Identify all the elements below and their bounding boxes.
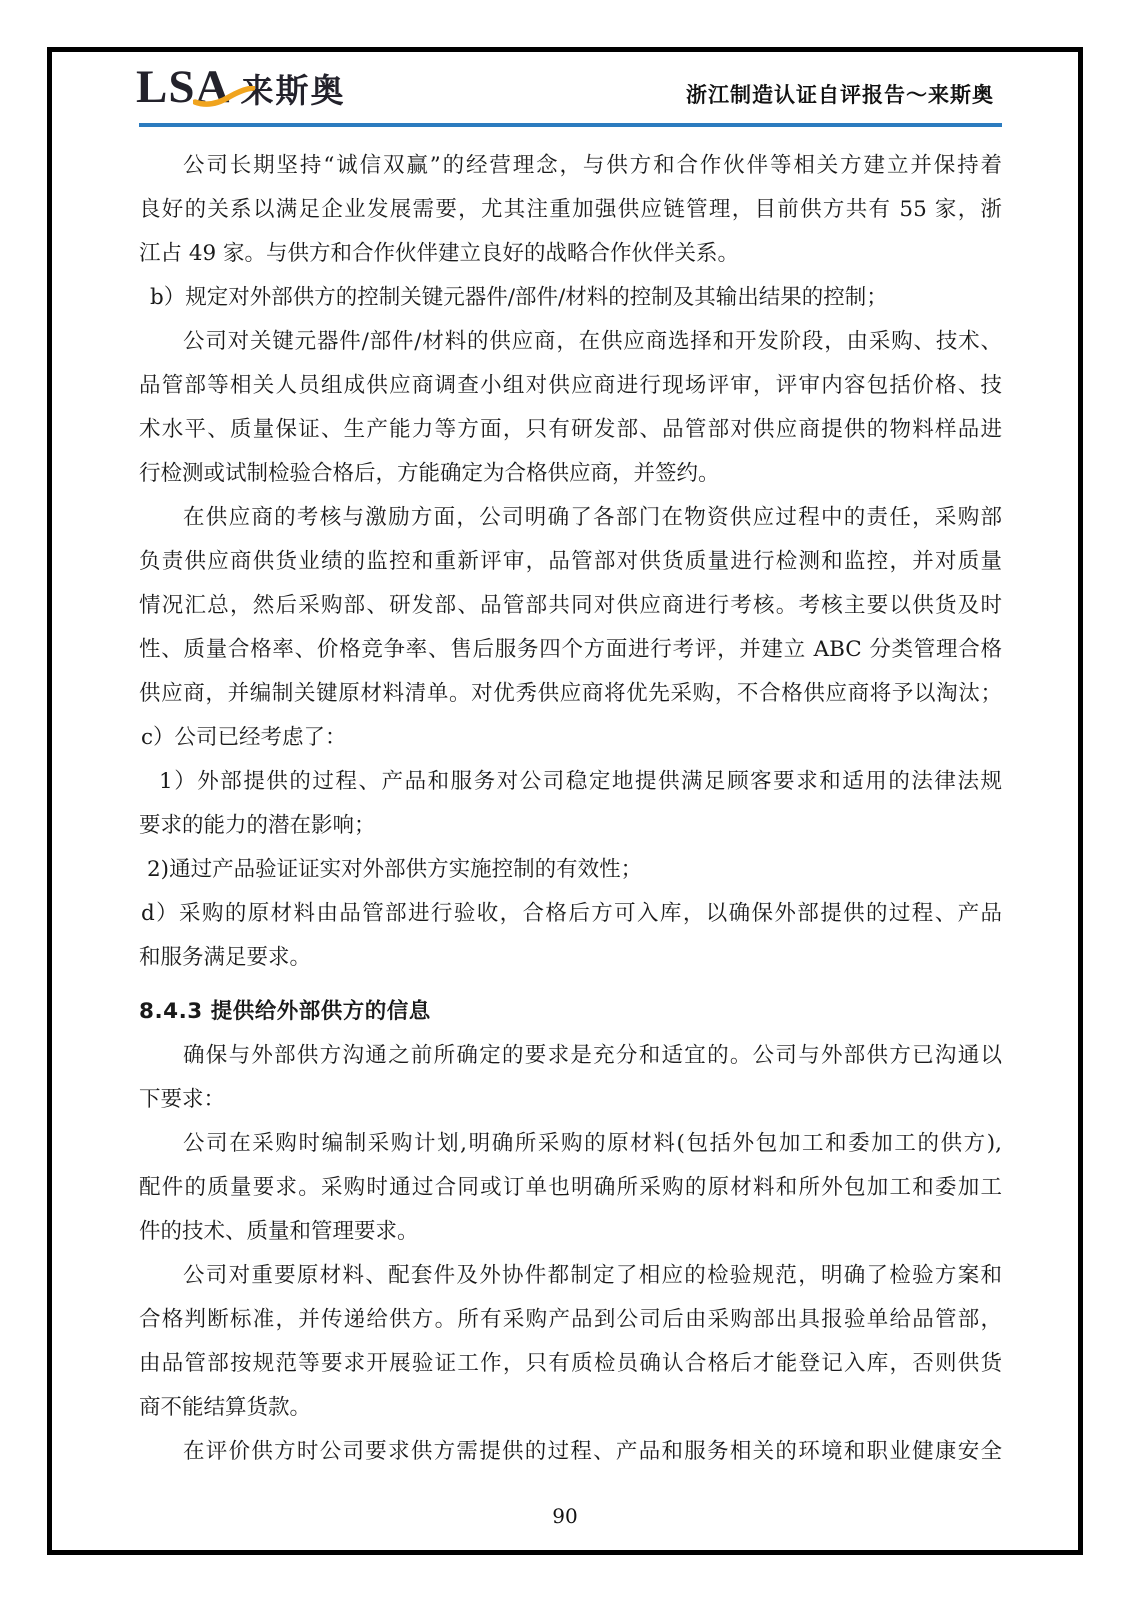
- text-line: 1）外部提供的过程、产品和服务对公司稳定地提供满足顾客要求和适用的法律法规: [139, 760, 1002, 804]
- text-line: 行检测或试制检验合格后，方能确定为合格供应商，并签约。: [139, 452, 1002, 496]
- text-line: 在供应商的考核与激励方面，公司明确了各部门在物资供应过程中的责任，采购部: [139, 496, 1002, 540]
- text-line: 术水平、质量保证、生产能力等方面，只有研发部、品管部对供应商提供的物料样品进: [139, 408, 1002, 452]
- text-line: 下要求：: [139, 1078, 1002, 1122]
- logo-lsa-text: LSA: [136, 60, 230, 114]
- text-line: 由品管部按规范等要求开展验证工作，只有质检员确认合格后才能登记入库，否则供货: [139, 1342, 1002, 1386]
- text-line: 性、质量合格率、价格竞争率、售后服务四个方面进行考评，并建立 ABC 分类管理合…: [139, 628, 1002, 672]
- text-line: 确保与外部供方沟通之前所确定的要求是充分和适宜的。公司与外部供方已沟通以: [139, 1034, 1002, 1078]
- text-line: 配件的质量要求。采购时通过合同或订单也明确所采购的原材料和所外包加工和委加工: [139, 1166, 1002, 1210]
- company-logo: LSA 来斯奥: [136, 60, 345, 112]
- text-line: d）采购的原材料由品管部进行验收，合格后方可入库，以确保外部提供的过程、产品: [139, 892, 1002, 936]
- text-line: b）规定对外部供方的控制关键元器件/部件/材料的控制及其输出结果的控制；: [139, 276, 1002, 320]
- text-line: 供应商，并编制关键原材料清单。对优秀供应商将优先采购，不合格供应商将予以淘汰；: [139, 672, 1002, 716]
- text-line: 江占 49 家。与供方和合作伙伴建立良好的战略合作伙伴关系。: [139, 232, 1002, 276]
- text-line: 件的技术、质量和管理要求。: [139, 1210, 1002, 1254]
- text-line: 负责供应商供货业绩的监控和重新评审，品管部对供货质量进行检测和监控，并对质量: [139, 540, 1002, 584]
- text-line: 在评价供方时公司要求供方需提供的过程、产品和服务相关的环境和职业健康安全: [139, 1430, 1002, 1474]
- report-header-title: 浙江制造认证自评报告～来斯奥: [686, 79, 994, 109]
- text-line: 商不能结算货款。: [139, 1386, 1002, 1430]
- page-frame: LSA 来斯奥 浙江制造认证自评报告～来斯奥 公司长期坚持“诚信双赢”的经营理念…: [47, 47, 1083, 1555]
- text-line: 公司对重要原材料、配套件及外协件都制定了相应的检验规范，明确了检验方案和: [139, 1254, 1002, 1298]
- text-line: 公司长期坚持“诚信双赢”的经营理念，与供方和合作伙伴等相关方建立并保持着: [139, 144, 1002, 188]
- text-line: c）公司已经考虑了：: [139, 716, 1002, 760]
- text-line: 公司对关键元器件/部件/材料的供应商，在供应商选择和开发阶段，由采购、技术、: [139, 320, 1002, 364]
- document-body: 公司长期坚持“诚信双赢”的经营理念，与供方和合作伙伴等相关方建立并保持着良好的关…: [139, 144, 1002, 1474]
- text-line: 公司在采购时编制采购计划,明确所采购的原材料(包括外包加工和委加工的供方),: [139, 1122, 1002, 1166]
- text-line: 合格判断标准，并传递给供方。所有采购产品到公司后由采购部出具报验单给品管部，: [139, 1298, 1002, 1342]
- text-line: 和服务满足要求。: [139, 936, 1002, 980]
- text-line: 良好的关系以满足企业发展需要，尤其注重加强供应链管理，目前供方共有 55 家，浙: [139, 188, 1002, 232]
- page-number: 90: [52, 1504, 1078, 1528]
- text-line: 要求的能力的潜在影响；: [139, 804, 1002, 848]
- text-line: 情况汇总，然后采购部、研发部、品管部共同对供应商进行考核。考核主要以供货及时: [139, 584, 1002, 628]
- text-line: 2)通过产品验证证实对外部供方实施控制的有效性；: [139, 848, 1002, 892]
- section-heading: 8.4.3 提供给外部供方的信息: [139, 990, 1002, 1034]
- header-divider: [139, 123, 1002, 127]
- logo-cn-text: 来斯奥: [240, 65, 345, 112]
- text-line: 品管部等相关人员组成供应商调查小组对供应商进行现场评审，评审内容包括价格、技: [139, 364, 1002, 408]
